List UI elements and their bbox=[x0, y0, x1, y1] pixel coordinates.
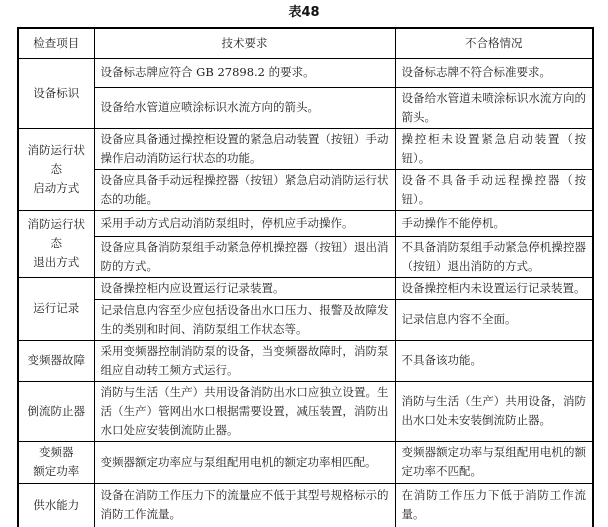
inspection-item: 运行记录 bbox=[18, 277, 94, 340]
inspection-item-line: 启动方式 bbox=[25, 179, 88, 198]
table-row: 运行记录 设备操控柜内应设置运行记录装置。 设备操控柜内未设置运行记录装置。 bbox=[18, 277, 593, 299]
header-row: 检查项目 技术要求 不合格情况 bbox=[18, 28, 593, 58]
requirement-cell: 记录信息内容至少应包括设备出水口压力、报警及故障发生的类别和时间、消防泵组工作状… bbox=[94, 299, 395, 340]
inspection-item: 倒流防止器 bbox=[18, 381, 94, 441]
inspection-table: 检查项目 技术要求 不合格情况 设备标识 设备标志牌应符合 GB 27898.2… bbox=[17, 27, 594, 527]
requirement-cell: 消防与生活（生产）共用设备消防出水口应独立设置。生活（生产）管网出水口根据需要设… bbox=[94, 381, 395, 441]
inspection-item-line: 设备标识 bbox=[25, 84, 88, 103]
nonconformity-cell: 记录信息内容不全面。 bbox=[395, 299, 593, 340]
nonconformity-cell: 设备操控柜内未设置运行记录装置。 bbox=[395, 277, 593, 299]
inspection-item-line: 运行记录 bbox=[25, 299, 88, 318]
requirement-cell: 设备应具备手动远程操控器（按钮）紧急启动消防运行状态的功能。 bbox=[94, 169, 395, 210]
table-row: 消防运行状态 启动方式 设备应具备通过操控柜设置的紧急启动装置（按钮）手动操作启… bbox=[18, 128, 593, 169]
inspection-item: 变频器故障 bbox=[18, 340, 94, 381]
inspection-item: 消防运行状态 启动方式 bbox=[18, 128, 94, 210]
inspection-item-line: 变频器故障 bbox=[25, 351, 88, 370]
nonconformity-cell: 设备标志牌不符合标准要求。 bbox=[395, 58, 593, 87]
inspection-item-line: 退出方式 bbox=[25, 253, 88, 272]
requirement-cell: 设备在消防工作压力下的流量应不低于其型号规格标示的消防工作流量。 bbox=[94, 483, 395, 527]
table-caption: 表48 bbox=[0, 0, 608, 22]
inspection-item: 供水能力 bbox=[18, 483, 94, 527]
nonconformity-cell: 不具备消防泵组手动紧急停机操控器（按钮）退出消防的方式。 bbox=[395, 236, 593, 277]
table-row: 设备应具备手动远程操控器（按钮）紧急启动消防运行状态的功能。 设备不具备手动远程… bbox=[18, 169, 593, 210]
table-row: 倒流防止器 消防与生活（生产）共用设备消防出水口应独立设置。生活（生产）管网出水… bbox=[18, 381, 593, 441]
requirement-cell: 采用手动方式启动消防泵组时，停机应手动操作。 bbox=[94, 210, 395, 236]
requirement-cell: 采用变频器控制消防泵的设备，当变频器故障时，消防泵组应自动转工频方式运行。 bbox=[94, 340, 395, 381]
requirement-cell: 设备应具备消防泵组手动紧急停机操控器（按钮）退出消防的方式。 bbox=[94, 236, 395, 277]
nonconformity-cell: 设备给水管道未喷涂标识水流方向的箭头。 bbox=[395, 87, 593, 128]
table-row: 变频器 额定功率 变频器额定功率应与泵组配用电机的额定功率相匹配。 变频器额定功… bbox=[18, 441, 593, 483]
requirement-cell: 设备操控柜内应设置运行记录装置。 bbox=[94, 277, 395, 299]
table-row: 设备标识 设备标志牌应符合 GB 27898.2 的要求。 设备标志牌不符合标准… bbox=[18, 58, 593, 87]
nonconformity-cell: 不具备该功能。 bbox=[395, 340, 593, 381]
requirement-cell: 设备给水管道应喷涂标识水流方向的箭头。 bbox=[94, 87, 395, 128]
column-header-nonconformity: 不合格情况 bbox=[395, 28, 593, 58]
requirement-cell: 设备应具备通过操控柜设置的紧急启动装置（按钮）手动操作启动消防运行状态的功能。 bbox=[94, 128, 395, 169]
table-row: 记录信息内容至少应包括设备出水口压力、报警及故障发生的类别和时间、消防泵组工作状… bbox=[18, 299, 593, 340]
column-header-requirement: 技术要求 bbox=[94, 28, 395, 58]
nonconformity-cell: 在消防工作压力下低于消防工作流量。 bbox=[395, 483, 593, 527]
inspection-item-line: 供水能力 bbox=[25, 496, 88, 515]
inspection-item-line: 倒流防止器 bbox=[25, 402, 88, 421]
column-header-item: 检查项目 bbox=[18, 28, 94, 58]
inspection-item-line: 变频器 bbox=[25, 443, 88, 462]
inspection-item-line: 消防运行状态 bbox=[25, 141, 88, 179]
inspection-item: 消防运行状态 退出方式 bbox=[18, 210, 94, 277]
inspection-item-line: 消防运行状态 bbox=[25, 215, 88, 253]
table-row: 变频器故障 采用变频器控制消防泵的设备，当变频器故障时，消防泵组应自动转工频方式… bbox=[18, 340, 593, 381]
nonconformity-cell: 消防与生活（生产）共用设备，消防出水口处未安装倒流防止器。 bbox=[395, 381, 593, 441]
table-row: 设备应具备消防泵组手动紧急停机操控器（按钮）退出消防的方式。 不具备消防泵组手动… bbox=[18, 236, 593, 277]
inspection-item: 设备标识 bbox=[18, 58, 94, 128]
nonconformity-cell: 设备不具备手动远程操控器（按钮）。 bbox=[395, 169, 593, 210]
table-row: 消防运行状态 退出方式 采用手动方式启动消防泵组时，停机应手动操作。 手动操作不… bbox=[18, 210, 593, 236]
nonconformity-cell: 操控柜未设置紧急启动装置（按钮）。 bbox=[395, 128, 593, 169]
requirement-cell: 设备标志牌应符合 GB 27898.2 的要求。 bbox=[94, 58, 395, 87]
table-row: 设备给水管道应喷涂标识水流方向的箭头。 设备给水管道未喷涂标识水流方向的箭头。 bbox=[18, 87, 593, 128]
inspection-item-line: 额定功率 bbox=[25, 462, 88, 481]
inspection-item: 变频器 额定功率 bbox=[18, 441, 94, 483]
nonconformity-cell: 变频器额定功率与泵组配用电机的额定功率不匹配。 bbox=[395, 441, 593, 483]
requirement-cell: 变频器额定功率应与泵组配用电机的额定功率相匹配。 bbox=[94, 441, 395, 483]
table-row: 供水能力 设备在消防工作压力下的流量应不低于其型号规格标示的消防工作流量。 在消… bbox=[18, 483, 593, 527]
nonconformity-cell: 手动操作不能停机。 bbox=[395, 210, 593, 236]
